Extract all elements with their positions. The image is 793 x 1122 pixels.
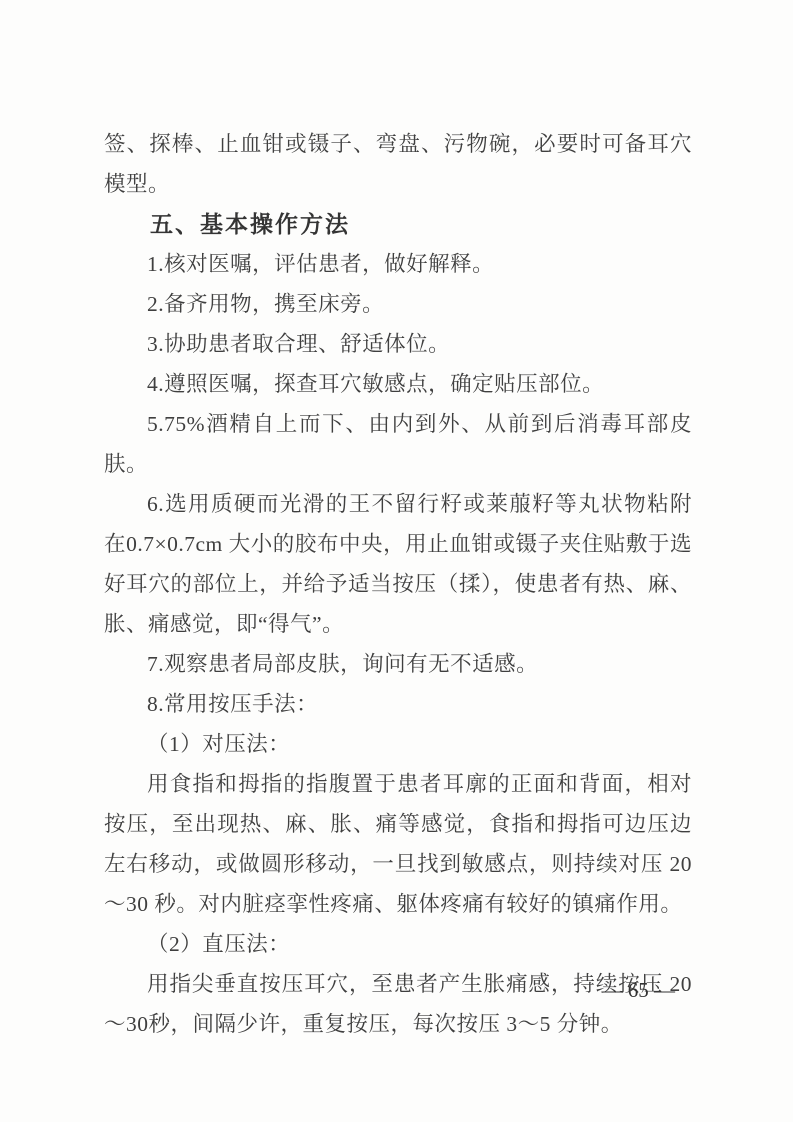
step-8: 8.常用按压手法： — [104, 684, 692, 724]
method-1-title: （1）对压法： — [104, 724, 692, 764]
document-page: 签、探棒、止血钳或镊子、弯盘、污物碗，必要时可备耳穴模型。 五、基本操作方法 1… — [0, 0, 793, 1122]
step-4: 4.遵照医嘱，探查耳穴敏感点，确定贴压部位。 — [104, 364, 692, 404]
step-1: 1.核对医嘱，评估患者，做好解释。 — [104, 244, 692, 284]
section-heading: 五、基本操作方法 — [104, 204, 692, 244]
page-number: — 65 — — [602, 978, 676, 1002]
method-2-title: （2）直压法： — [104, 924, 692, 964]
step-2: 2.备齐用物，携至床旁。 — [104, 284, 692, 324]
page-footer: — 65 — — [0, 976, 675, 1004]
step-5: 5.75%酒精自上而下、由内到外、从前到后消毒耳部皮肤。 — [104, 404, 692, 484]
step-7: 7.观察患者局部皮肤，询问有无不适感。 — [104, 644, 692, 684]
paragraph-continuation: 签、探棒、止血钳或镊子、弯盘、污物碗，必要时可备耳穴模型。 — [104, 124, 692, 204]
page-content: 签、探棒、止血钳或镊子、弯盘、污物碗，必要时可备耳穴模型。 五、基本操作方法 1… — [104, 124, 692, 1044]
step-3: 3.协助患者取合理、舒适体位。 — [104, 324, 692, 364]
step-6: 6.选用质硬而光滑的王不留行籽或莱菔籽等丸状物粘附在0.7×0.7cm 大小的胶… — [104, 484, 692, 644]
method-1-body: 用食指和拇指的指腹置于患者耳廓的正面和背面，相对按压，至出现热、麻、胀、痛等感觉… — [104, 764, 692, 924]
